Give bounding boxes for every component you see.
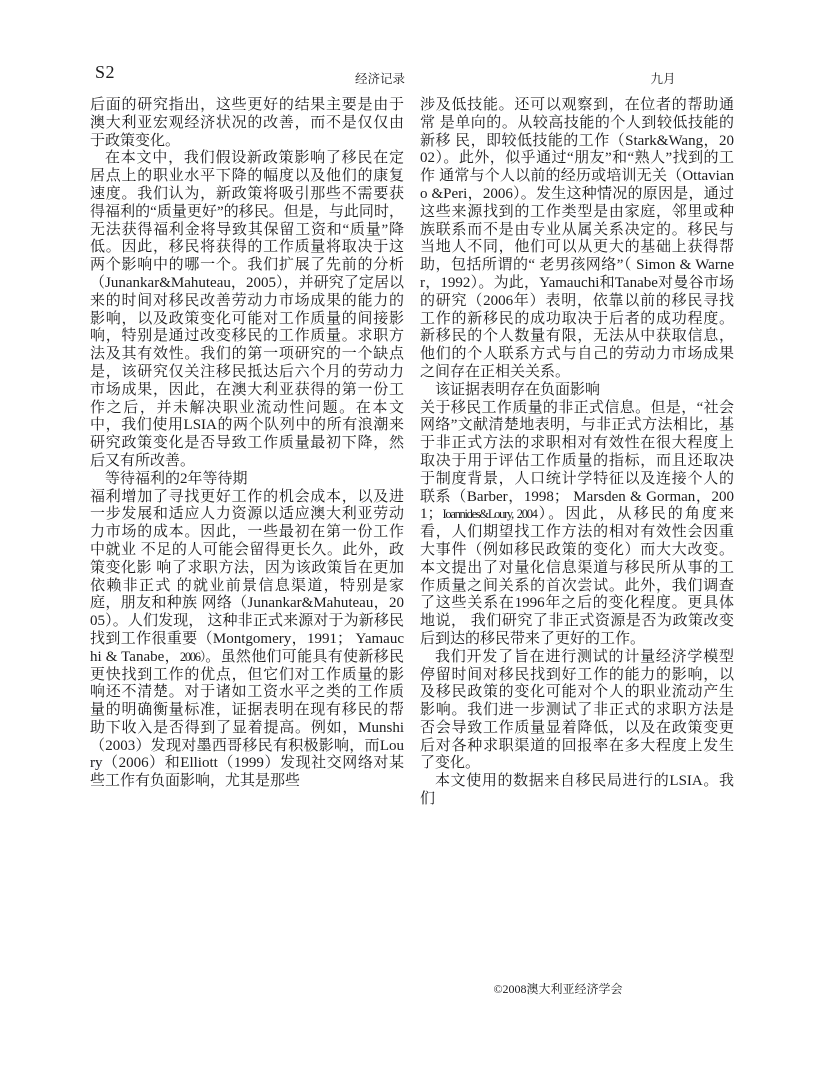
paragraph-text: 福利增加了寻找更好工作的机会成本，以及进一步发展和适应人力资源以适应澳大利亚劳动… — [90, 489, 404, 665]
paragraph: 关于移民工作质量的非正式信息。但是，“社会网络”文献清楚地表明，与非正式方法相比… — [420, 400, 734, 649]
issue-month: 九月 — [650, 69, 675, 87]
squished-citation: 2006） — [180, 650, 205, 664]
copyright-notice: ©2008澳大利亚经济学会 — [493, 980, 622, 997]
paragraph: 本文使用的数据来自移民局进行的LSIA。我们 — [420, 773, 734, 809]
article-body: 后面的研究指出，这些更好的结果主要是由于澳大利亚宏观经济状况的改善，而不是仅仅由… — [90, 97, 734, 809]
paragraph: 在本文中，我们假设新政策影响了移民在定居点上的职业水平下降的幅度以及他们的康复速… — [90, 150, 404, 470]
document-page: S2 经济记录 九月 后面的研究指出，这些更好的结果主要是由于澳大利亚宏观经济状… — [0, 0, 816, 1081]
paragraph: 涉及低技能。还可以观察到，在位者的帮助通常 是单向的。从较高技能的个人到较低技能… — [420, 97, 734, 382]
section-heading: 该证据表明存在负面影响 — [420, 382, 734, 400]
left-column: 后面的研究指出，这些更好的结果主要是由于澳大利亚宏观经济状况的改善，而不是仅仅由… — [90, 97, 404, 809]
paragraph-text: ）。因此，从移民的角度来看，人们期望找工作方法的相对有效性会因重大事件（例如移民… — [420, 506, 734, 647]
page-number: S2 — [95, 62, 115, 83]
journal-title: 经济记录 — [355, 69, 405, 87]
paragraph-text: 关于移民工作质量的非正式信息。但是，“社会网络”文献清楚地表明，与非正式方法相比… — [420, 400, 734, 523]
right-column: 涉及低技能。还可以观察到，在位者的帮助通常 是单向的。从较高技能的个人到较低技能… — [420, 97, 734, 809]
section-heading: 等待福利的2年等待期 — [90, 471, 404, 489]
paragraph: 后面的研究指出，这些更好的结果主要是由于澳大利亚宏观经济状况的改善，而不是仅仅由… — [90, 97, 404, 150]
squished-citation: Ioannides&Loury, 2004 — [443, 507, 537, 521]
paragraph-text: 。虽然他们可能具有使新移民更快找到工作的优点，但它们对工作质量的影响还不清楚。对… — [90, 649, 404, 790]
paragraph: 我们开发了旨在进行测试的计量经济学模型停留时间对移民找到好工作的能力的影响，以及… — [420, 649, 734, 774]
paragraph: 福利增加了寻找更好工作的机会成本，以及进一步发展和适应人力资源以适应澳大利亚劳动… — [90, 489, 404, 792]
